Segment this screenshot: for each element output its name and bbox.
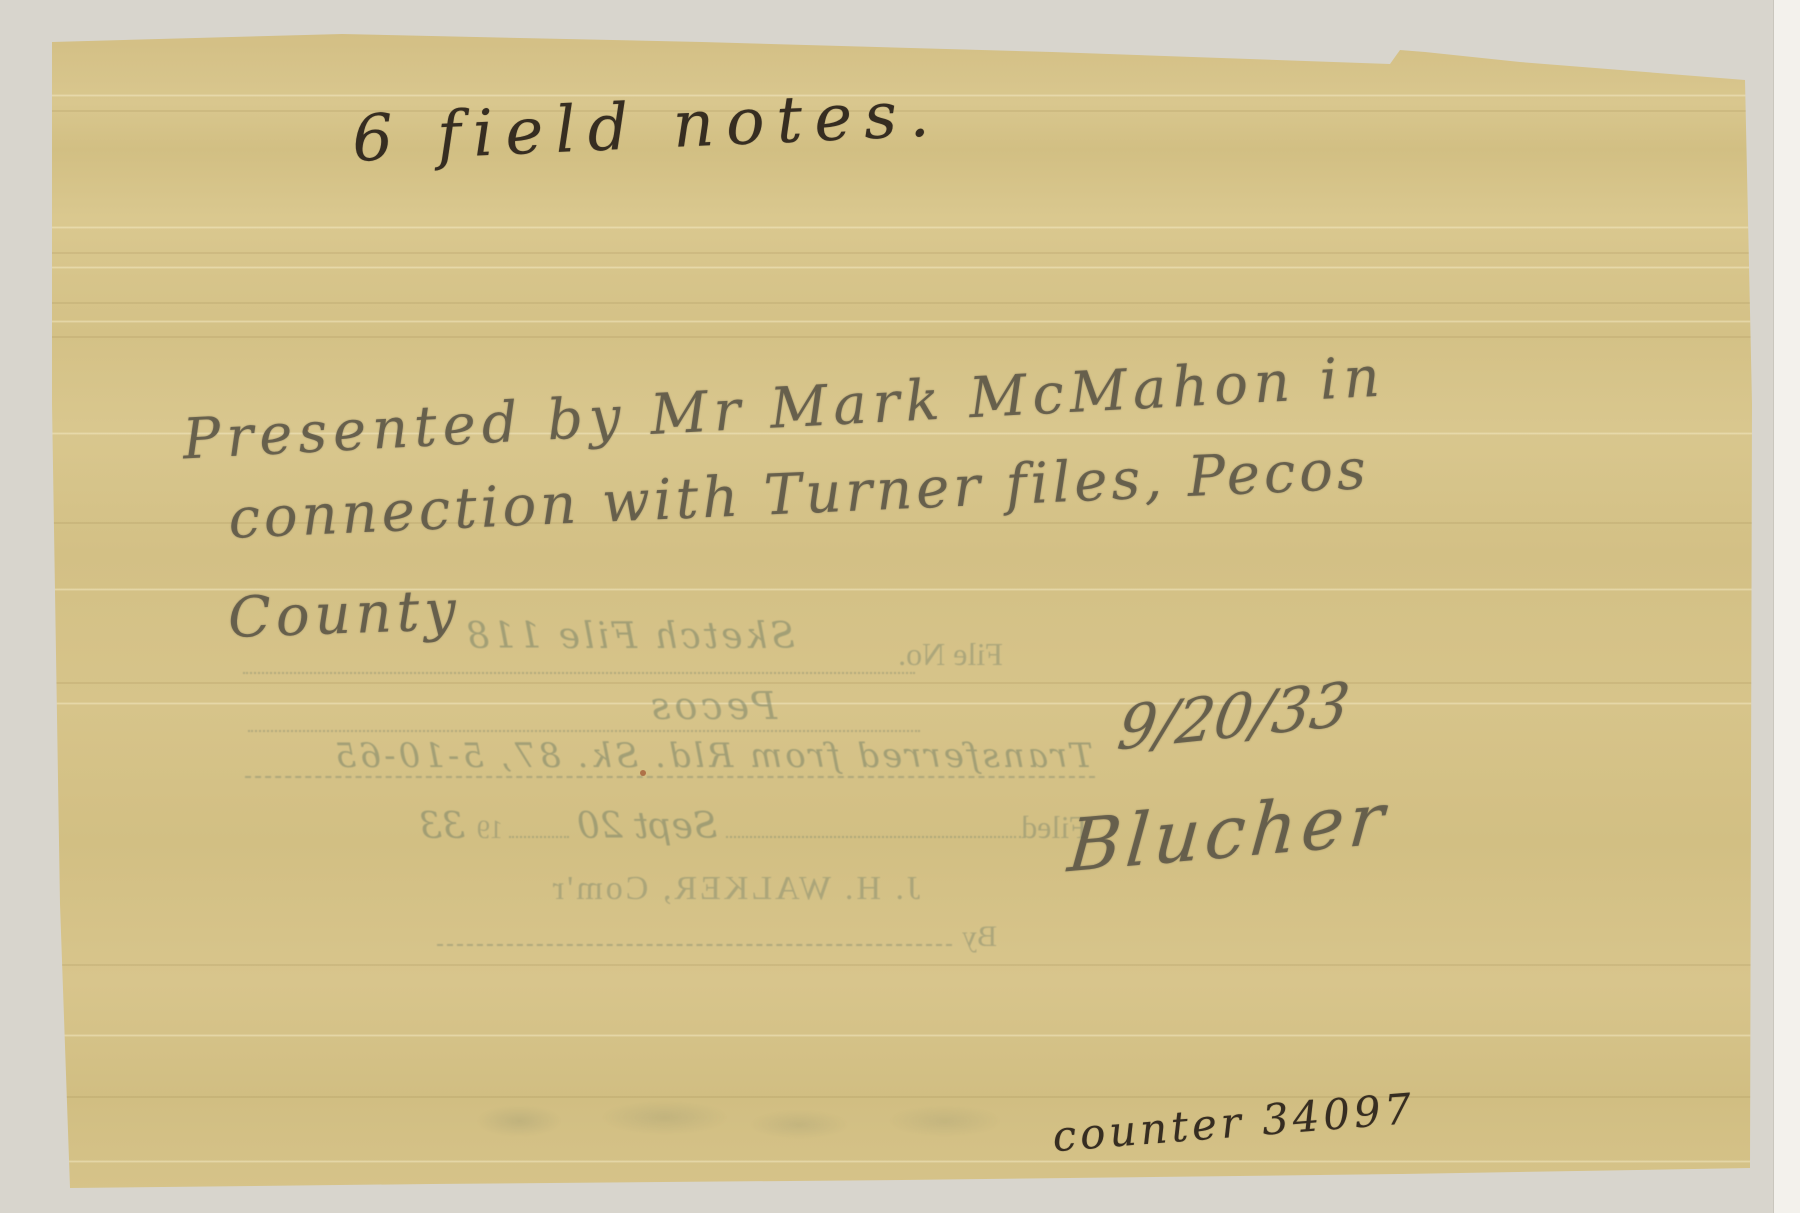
- scan-right-strip: [1773, 0, 1800, 1213]
- year-value: 33: [419, 806, 471, 847]
- paper-crease: [52, 1160, 1752, 1163]
- paper-crease: [52, 320, 1752, 323]
- county-rule: [248, 730, 920, 732]
- file-no-rule: [243, 672, 915, 674]
- filed-row: Filed Sept 20 19 33: [419, 804, 1087, 847]
- bleedthrough-stamp-block: File No. Sketch File 118 Pecos Transferr…: [235, 614, 1115, 944]
- presented-note-line-3: County: [227, 578, 462, 651]
- document-card: File No. Sketch File 118 Pecos Transferr…: [52, 34, 1752, 1190]
- transfer-note: Transferred from Rld. Sk. 87, 5-10-65: [332, 736, 1093, 776]
- paper-crease: [52, 302, 1752, 304]
- county-value: Pecos: [647, 684, 777, 728]
- year-prefix: 19: [471, 815, 509, 845]
- filed-date: Sept 20: [569, 806, 726, 847]
- date-annotation: 9/20/33: [1114, 669, 1354, 765]
- paper-crease: [52, 336, 1752, 338]
- file-no-label: File No.: [898, 636, 1003, 673]
- file-no-value: Sketch File 118: [463, 616, 795, 657]
- commissioner-line: J. H. WALKER, Com'r: [465, 870, 1005, 908]
- paper-crease: [52, 1034, 1752, 1037]
- paper-crease: [52, 964, 1752, 966]
- field-notes-annotation: 6 field notes.: [351, 77, 943, 177]
- by-row: By: [437, 914, 997, 954]
- counter-number-annotation: counter 34097: [1051, 1084, 1417, 1161]
- by-label: By: [962, 920, 997, 954]
- transfer-rule: [245, 776, 1095, 778]
- by-rule: [437, 914, 952, 946]
- filed-rule-2: [509, 804, 569, 838]
- paper-crease: [52, 266, 1752, 269]
- filed-rule: [726, 804, 1022, 838]
- scanned-document-view: File No. Sketch File 118 Pecos Transferr…: [0, 0, 1800, 1213]
- paper-crease: [52, 252, 1752, 254]
- bleedthrough-smudge: [452, 1086, 1012, 1156]
- paper-crease: [52, 226, 1752, 229]
